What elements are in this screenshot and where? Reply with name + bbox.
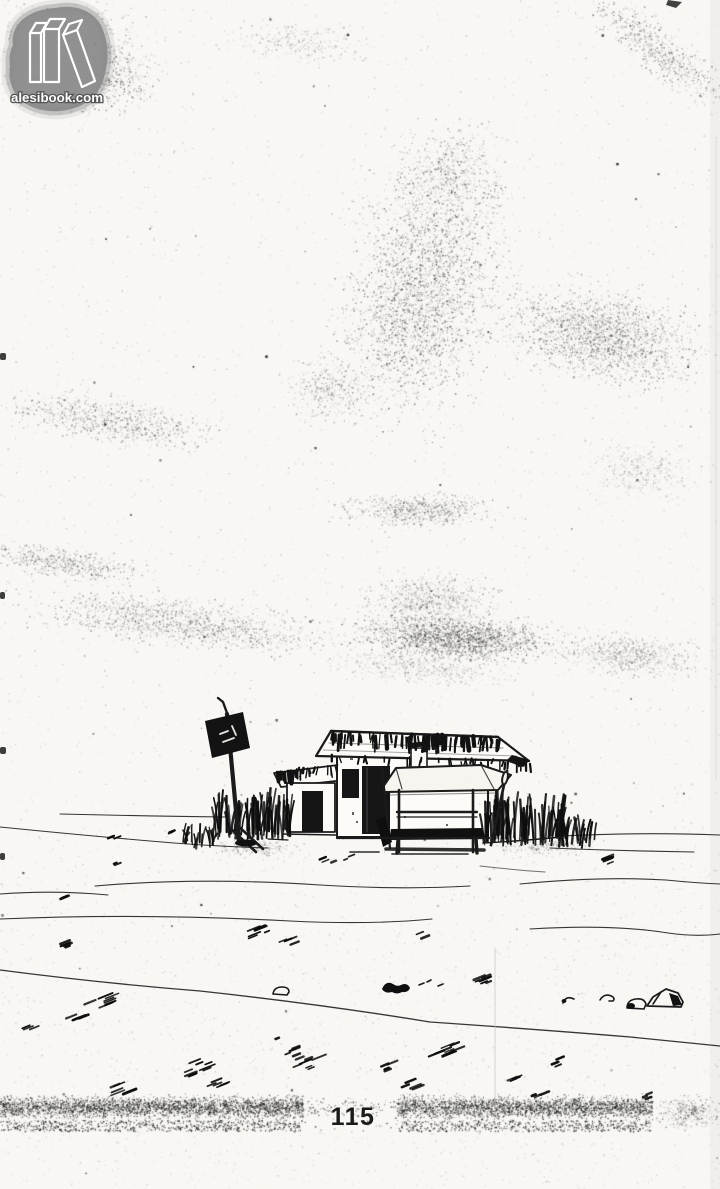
sand-line xyxy=(0,892,108,895)
watermark-text: alesibook.com xyxy=(11,90,103,105)
debris-dashes xyxy=(419,980,443,986)
scattered-grass-tufts xyxy=(22,830,652,1099)
beach-stones xyxy=(273,980,683,1009)
sign-base-shadow xyxy=(235,840,257,847)
stone xyxy=(273,987,289,995)
sand-line xyxy=(550,848,694,852)
sand-line xyxy=(530,927,720,935)
panel-artwork: alesibook.com 115 xyxy=(0,0,720,1189)
sand-contour-lines xyxy=(0,814,720,1046)
page-number: 115 xyxy=(331,1103,376,1131)
stone-shadow xyxy=(562,999,567,1003)
corner-smudge xyxy=(666,0,682,8)
sand-line xyxy=(520,879,720,884)
sign-pole-stub xyxy=(218,698,227,713)
shadow-line xyxy=(268,839,288,840)
sand-line xyxy=(95,881,470,888)
shadow-line xyxy=(283,834,336,835)
dark-squiggle-debris xyxy=(382,983,410,994)
annex-doorway xyxy=(302,791,323,832)
scanned-manga-page: alesibook.com 115 xyxy=(0,0,720,1189)
ground-shadow-strokes xyxy=(268,834,562,854)
bench-shadow xyxy=(386,849,484,850)
window xyxy=(342,769,359,798)
sand-line xyxy=(480,866,545,872)
sand-line xyxy=(0,916,432,922)
horizon-line-upper-left xyxy=(60,814,226,817)
stone-shadow xyxy=(627,1003,635,1009)
shoreline xyxy=(0,970,720,1046)
scan-artifacts xyxy=(0,0,716,1118)
horizon-line-right xyxy=(562,834,720,836)
sign-board xyxy=(205,712,250,758)
binding-specks xyxy=(0,353,6,860)
stone xyxy=(600,995,614,1001)
watermark-logo: alesibook.com xyxy=(9,7,107,112)
